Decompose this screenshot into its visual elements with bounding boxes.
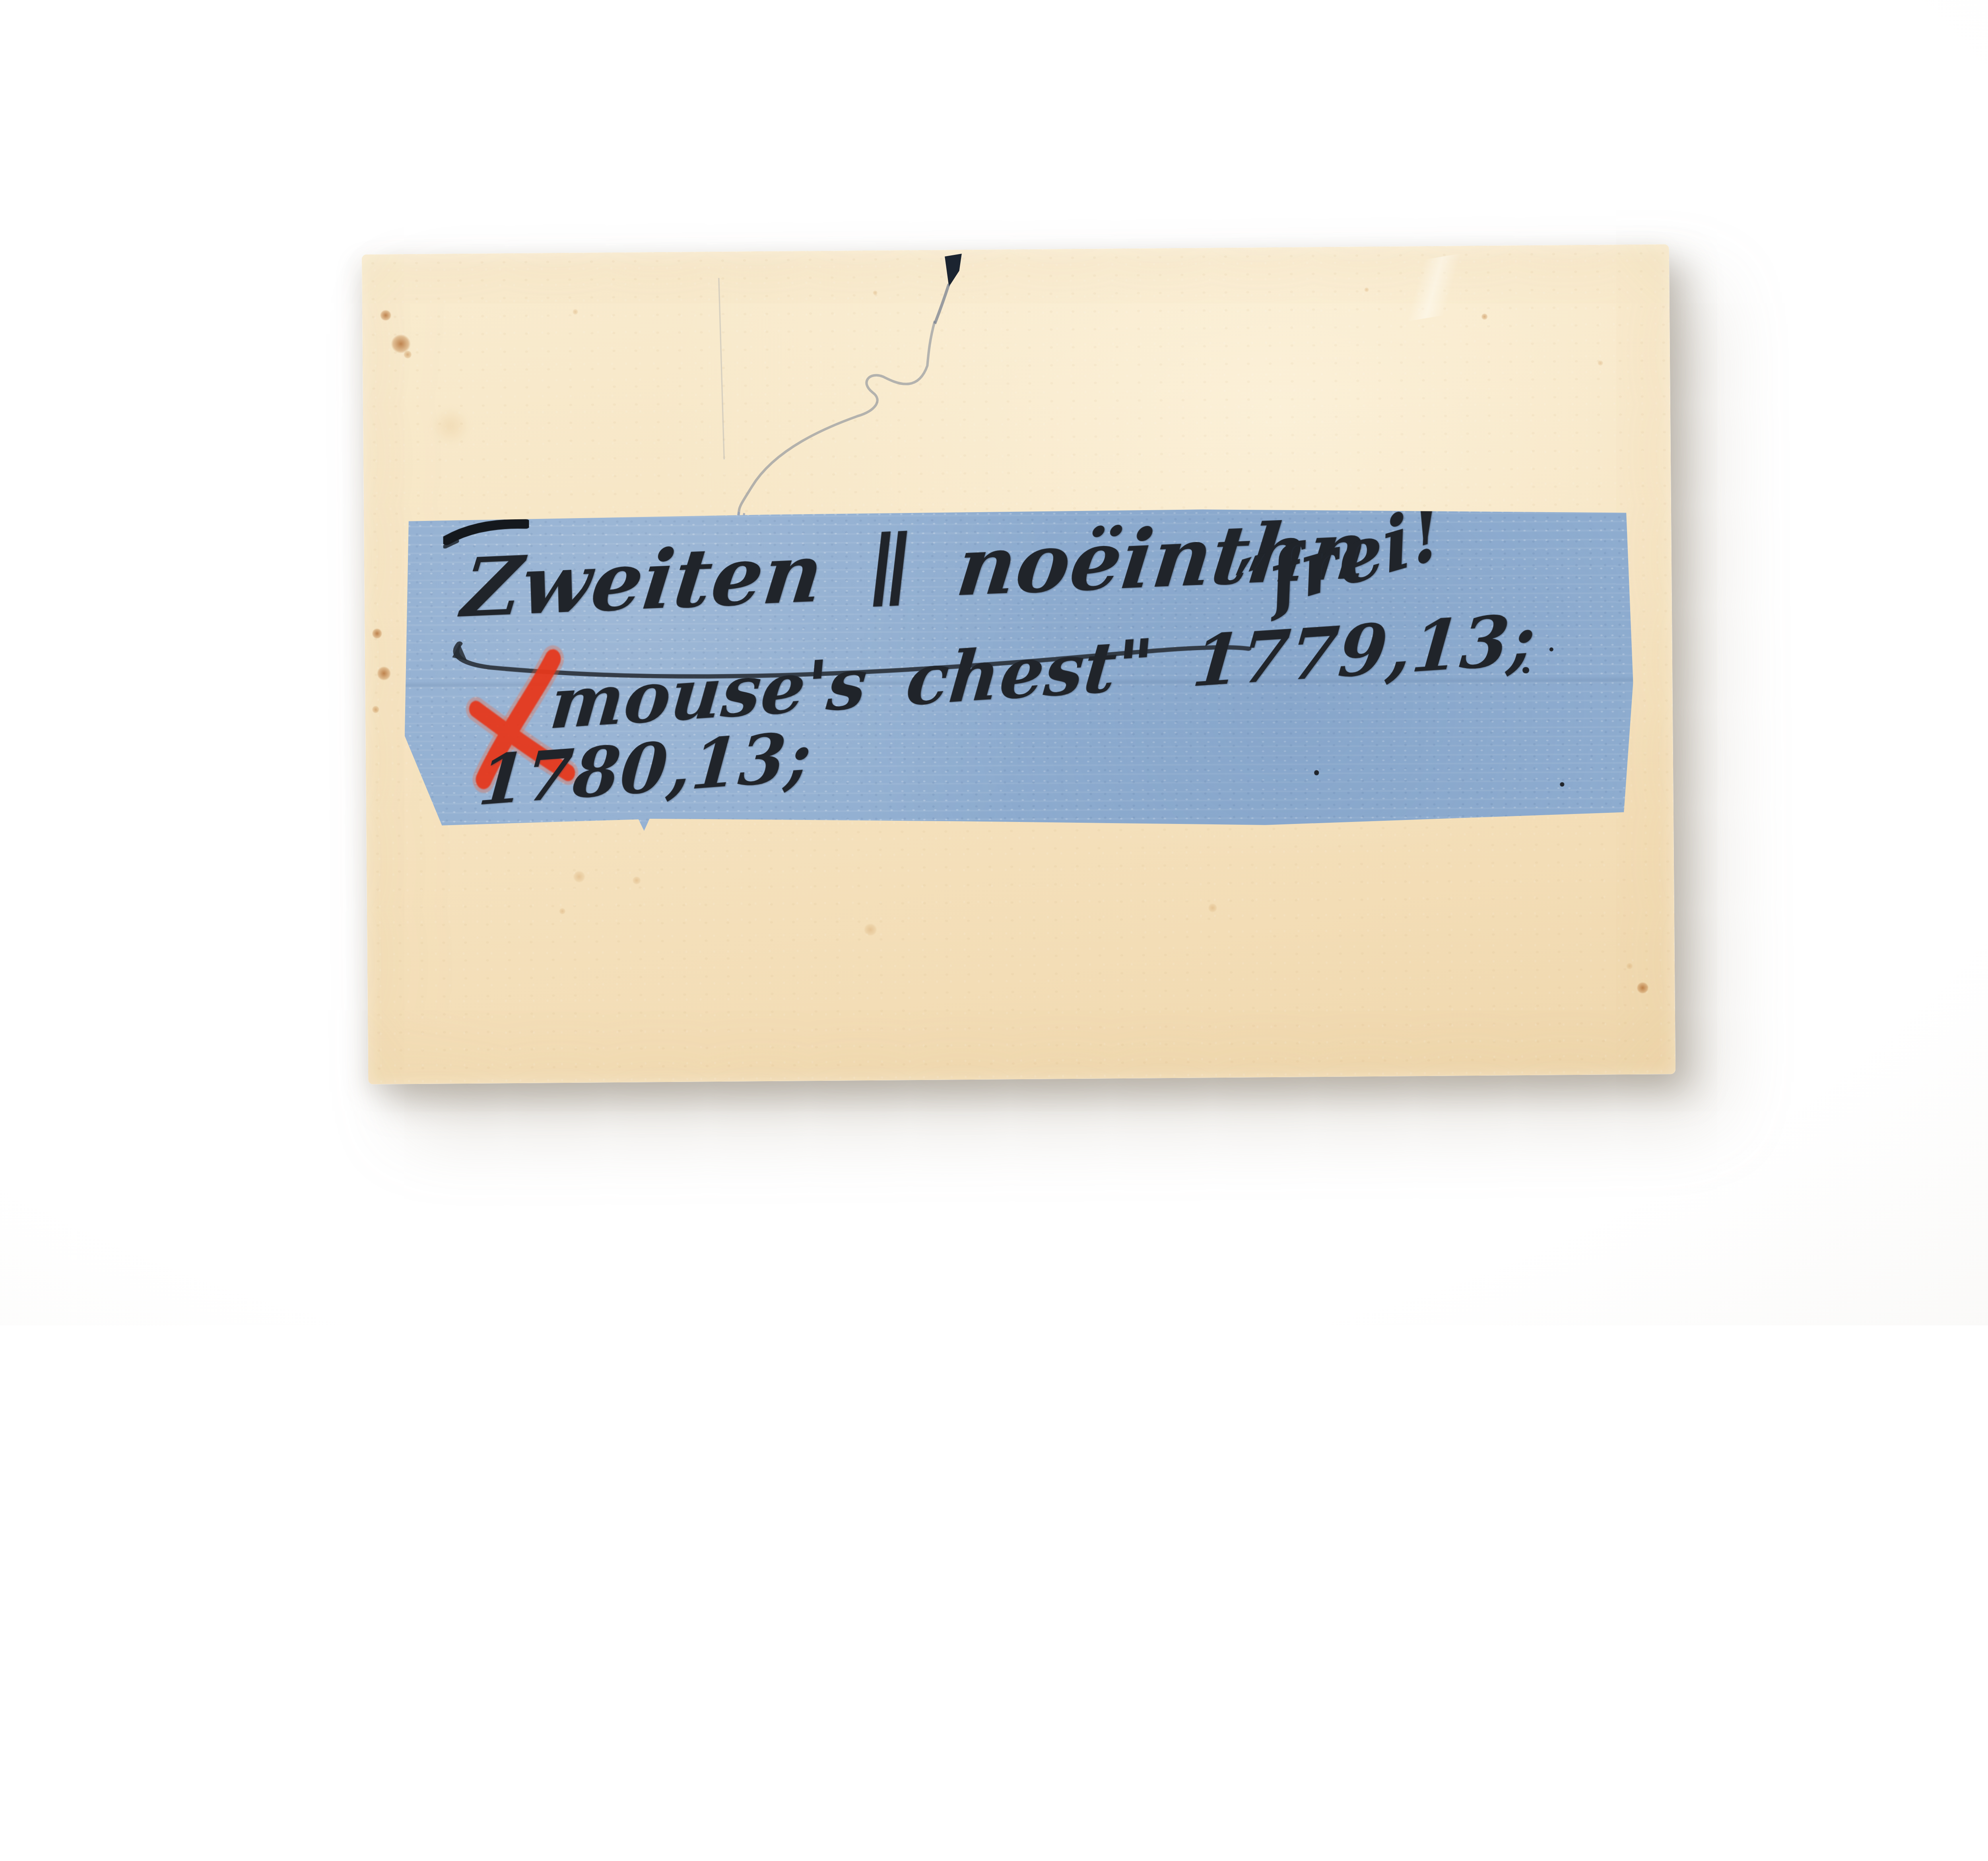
ink-speck: [1549, 647, 1553, 651]
foxing-stain: [378, 307, 394, 323]
foxing-stain: [374, 663, 394, 683]
handwritten-line-3: 1780,13;: [476, 722, 814, 815]
photo-backdrop: Zweiten ∥ noëinthn ″frei! mouse's chest"…: [0, 0, 1988, 1325]
foxing-stain: [557, 907, 567, 916]
ink-speck: [1314, 770, 1319, 775]
foxing-stain: [1625, 961, 1634, 970]
foxing-stain: [370, 704, 381, 715]
foxing-stain: [1596, 359, 1604, 367]
foxing-stain: [1479, 312, 1489, 321]
foxing-smudge: [423, 398, 478, 453]
foxing-stain: [570, 868, 587, 885]
foxing-stain: [370, 626, 384, 641]
foxing-stain: [861, 921, 879, 938]
aged-paper-card: Zweiten ∥ noëinthn ″frei! mouse's chest"…: [361, 244, 1675, 1084]
ink-speck: [1559, 782, 1564, 786]
foxing-stain: [402, 348, 414, 360]
foxing-stain: [387, 330, 415, 357]
foxing-stain: [631, 874, 643, 886]
foxing-stain: [571, 307, 579, 316]
paper-crease: [1326, 242, 1541, 333]
foxing-stain: [1634, 979, 1651, 996]
blue-paper-strip: Zweiten ∥ noëinthn ″frei! mouse's chest"…: [403, 506, 1633, 832]
foxing-stain: [1363, 286, 1370, 293]
foxing-stain: [1206, 901, 1219, 914]
foxing-stain: [872, 289, 878, 296]
